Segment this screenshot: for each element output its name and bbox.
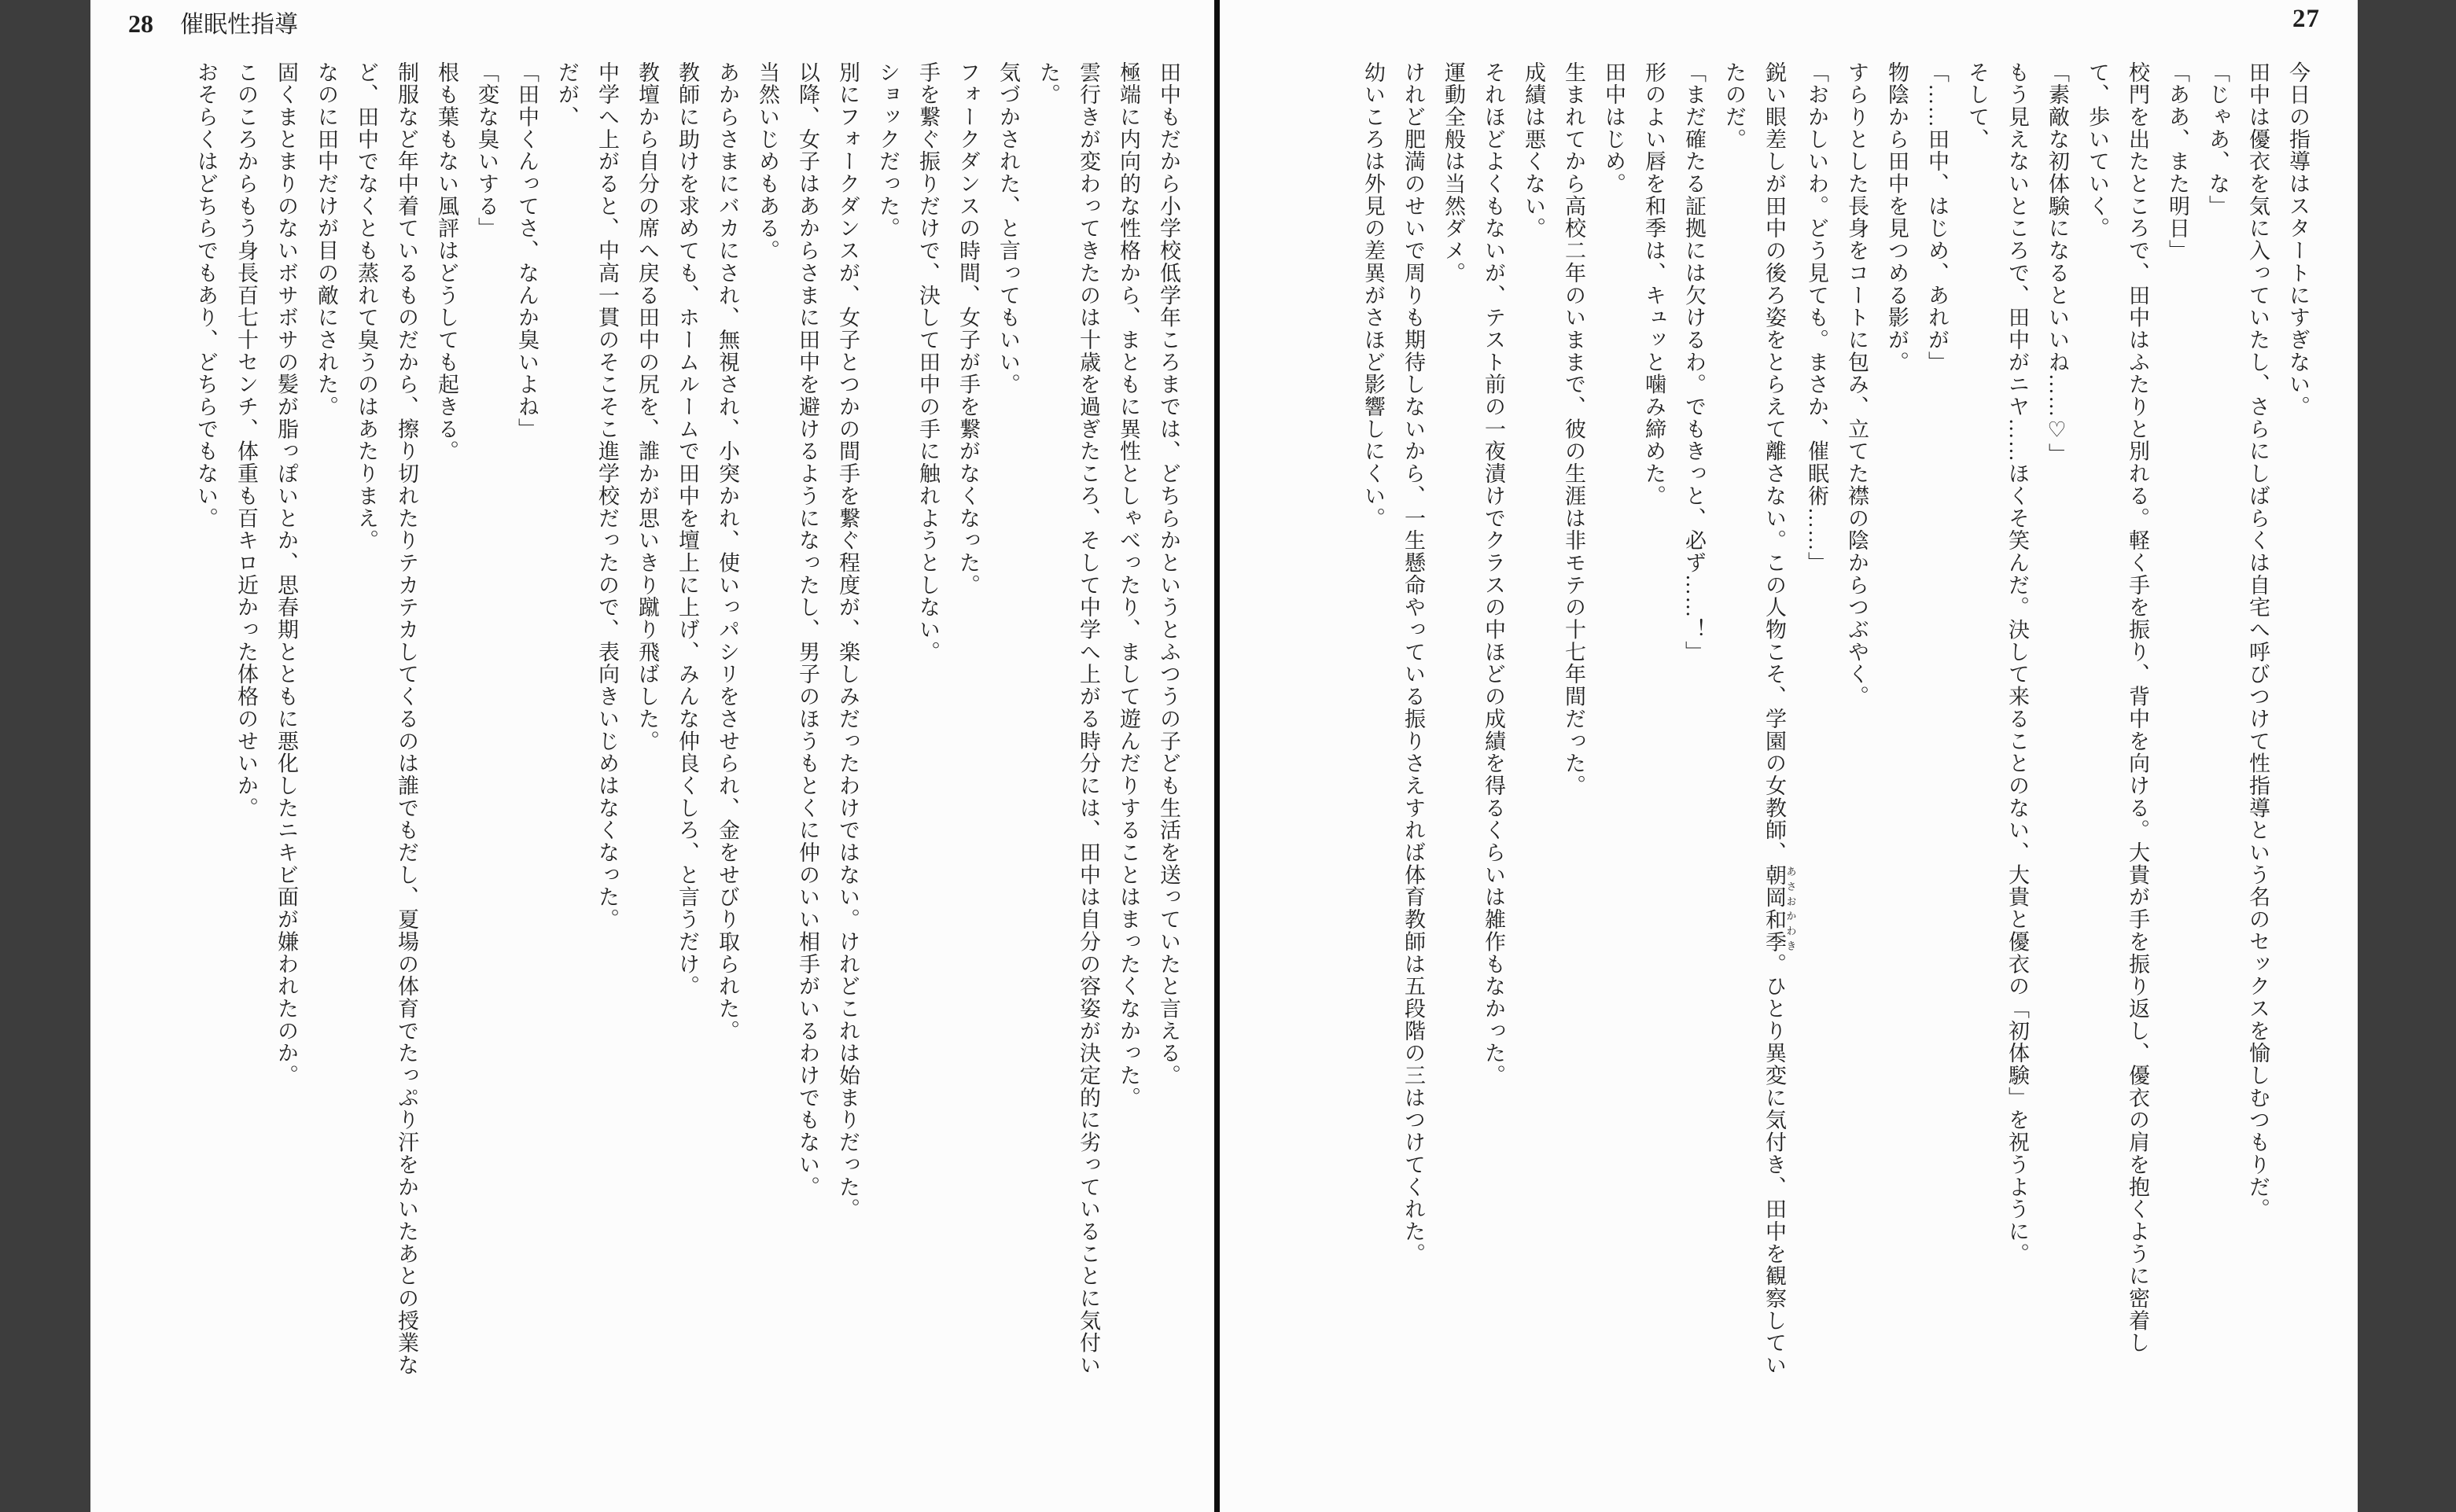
paragraph: すらりとした長身をコートに包み、立てた襟の陰からつぶやく。: [1836, 61, 1876, 1377]
paragraph: けれど肥満のせいで周りも期待しないから、一生懸命やっている振りさえすれば体育教師…: [1393, 61, 1433, 1377]
page-number: 28: [128, 9, 153, 38]
paragraph: おそらくはどちらでもあり、どちらでもない。: [186, 61, 226, 1377]
paragraph: そして、: [1957, 61, 1997, 1377]
paragraph: 中学へ上がると、中高一貫のそこそこ進学校だったので、表向きいじめはなくなった。: [587, 61, 627, 1377]
paragraph: 鋭い眼差しが田中の後ろ姿をとらえて離さない。この人物こそ、学園の女教師、朝岡和季…: [1714, 61, 1796, 1377]
paragraph: 当然いじめもある。: [747, 61, 787, 1377]
paragraph: なのに田中だけが目の敵にされた。: [306, 61, 346, 1377]
paragraph: 「田中くんってさ、なんか臭いよね」: [506, 61, 547, 1377]
paragraph: 「まだ確たる証拠には欠けるわ。でもきっと、必ず……！」: [1674, 61, 1714, 1377]
paragraph: 「おかしいわ。どう見ても。まさか、催眠術……」: [1796, 61, 1836, 1377]
paragraph: あからさまにバカにされ、無視され、小突かれ、使いっパシリをさせられ、金をせびり取…: [707, 61, 747, 1377]
paragraph: ショックだった。: [867, 61, 908, 1377]
page-text: 今日の指導はスタートにすぎない。田中は優衣を気に入っていたし、さらにしばらくは自…: [1353, 0, 2358, 1377]
paragraph: 雲行きが変わってきたのは十歳を過ぎたころ、そして中学へ上がる時分には、田中は自分…: [1028, 61, 1108, 1377]
paragraph: 手を繋ぐ振りだけで、決して田中の手に触れようとしない。: [908, 61, 948, 1377]
paragraph: 教師に助けを求めても、ホームルームで田中を壇上に上げ、みんな仲良くしろ、と言うだ…: [667, 61, 707, 1377]
paragraph: 「じゃあ、な」: [2197, 61, 2237, 1377]
paragraph: 「変な臭いする」: [466, 61, 506, 1377]
paragraph: 「ああ、また明日」: [2157, 61, 2197, 1377]
paragraph: 形のよい唇を和季は、キュッと噛み締めた。: [1633, 61, 1674, 1377]
paragraph: 「……田中、はじめ、あれが」: [1917, 61, 1957, 1377]
paragraph: 田中はじめ。: [1593, 61, 1633, 1377]
page-28[interactable]: 28催眠性指導 田中もだから小学校低学年ころまでは、どちらかというとふつうの子ど…: [90, 0, 1214, 1512]
paragraph: 成績は悪くない。: [1513, 61, 1553, 1377]
paragraph: それほどよくもないが、テスト前の一夜漬けでクラスの中ほどの成績を得るくらいは雑作…: [1473, 61, 1513, 1377]
paragraph: もう見えないところで、田中がニヤ……ほくそ笑んだ。決して来ることのない、大貴と優…: [1997, 61, 2037, 1377]
paragraph: 田中もだから小学校低学年ころまでは、どちらかというとふつうの子ども生活を送ってい…: [1148, 61, 1188, 1377]
paragraph: 生まれてから高校二年のいままで、彼の生涯は非モテの十七年間だった。: [1553, 61, 1593, 1377]
paragraph: だが、: [547, 61, 587, 1377]
paragraph: 以降、女子はあからさまに田中を避けるようになったし、男子のほうもとくに仲のいい相…: [787, 61, 827, 1377]
paragraph: 制服など年中着ているものだから、擦り切れたりテカテカしてくるのは誰でもだし、夏場…: [346, 61, 426, 1377]
paragraph: 気づかされた、と言ってもいい。: [988, 61, 1028, 1377]
paragraph: 別にフォークダンスが、女子とつかの間手を繋ぐ程度が、楽しみだったわけではない。け…: [827, 61, 867, 1377]
paragraph: このころからもう身長百七十センチ、体重も百キロ近かった体格のせいか。: [226, 61, 266, 1377]
paragraph: 根も葉もない風評はどうしても起きる。: [426, 61, 466, 1377]
paragraph: 幼いころは外見の差異がさほど影響しにくい。: [1353, 61, 1393, 1377]
paragraph: 極端に内向的な性格から、まともに異性としゃべったり、まして遊んだりすることはまっ…: [1108, 61, 1148, 1377]
paragraph: 今日の指導はスタートにすぎない。: [2277, 61, 2318, 1377]
page-27[interactable]: 27 今日の指導はスタートにすぎない。田中は優衣を気に入っていたし、さらにしばら…: [1220, 0, 2358, 1512]
paragraph: 物陰から田中を見つめる影が。: [1876, 61, 1917, 1377]
page-divider: [1214, 0, 1220, 1512]
paragraph: 運動全般は当然ダメ。: [1433, 61, 1473, 1377]
page-text: 田中もだから小学校低学年ころまでは、どちらかというとふつうの子ども生活を送ってい…: [186, 0, 1214, 1377]
paragraph: 田中は優衣を気に入っていたし、さらにしばらくは自宅へ呼びつけて性指導という名のセ…: [2237, 61, 2277, 1377]
paragraph: 「素敵な初体験になるといいね……♡」: [2037, 61, 2077, 1377]
paragraph: 固くまとまりのないボサボサの髪が脂っぽいとか、思春期とともに悪化したニキビ面が嫌…: [266, 61, 306, 1377]
paragraph: フォークダンスの時間、女子が手を繋がなくなった。: [948, 61, 988, 1377]
paragraph: 教壇から自分の席へ戻る田中の尻を、誰かが思いきり蹴り飛ばした。: [627, 61, 667, 1377]
paragraph: 校門を出たところで、田中はふたりと別れる。軽く手を振り、背中を向ける。大貴が手を…: [2077, 61, 2157, 1377]
